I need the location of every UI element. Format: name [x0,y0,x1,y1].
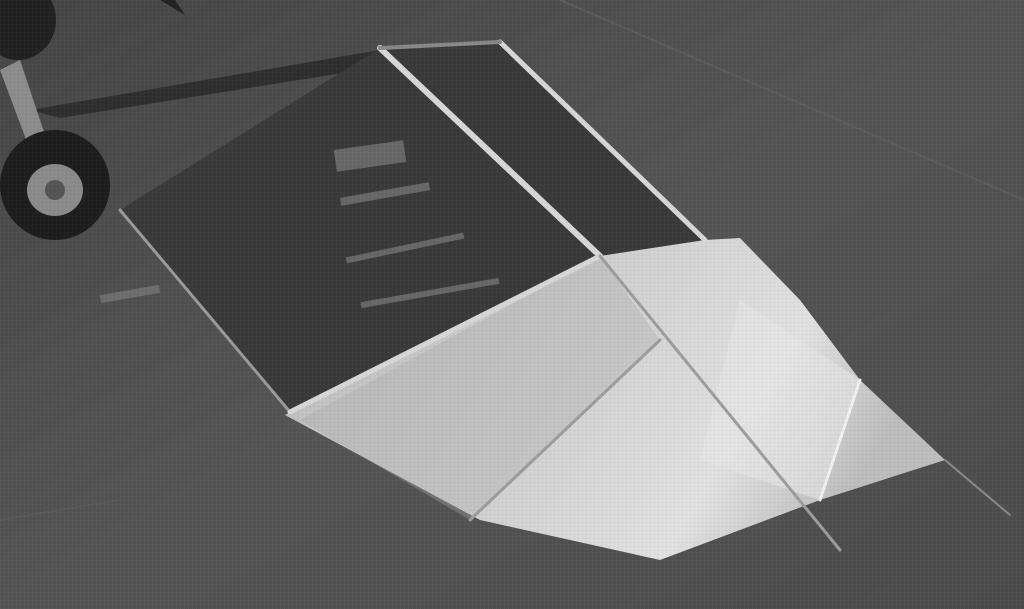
grain-overlay [0,0,1024,609]
photograph [0,0,1024,609]
photo-scene [0,0,1024,609]
